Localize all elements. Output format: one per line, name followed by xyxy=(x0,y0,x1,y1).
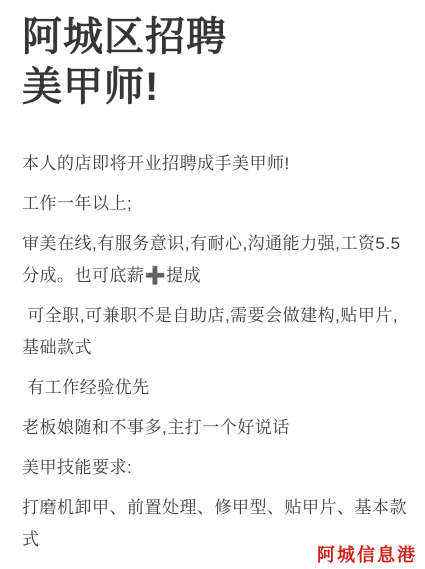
body-paragraph-fulltime-parttime: 可全职,可兼职不是自助店,需要会做建构,贴甲片,基础款式 xyxy=(22,300,407,364)
body-paragraph-boss: 老板娘随和不事多,主打一个好说话 xyxy=(22,412,407,444)
body-paragraph-experience-years: 工作一年以上; xyxy=(22,188,407,220)
title-line-1: 阿城区招聘 xyxy=(22,12,405,62)
title-line-2: 美甲师! xyxy=(22,62,405,112)
body-paragraph-skills-heading: 美甲技能要求: xyxy=(22,452,407,484)
page-title: 阿城区招聘 美甲师! xyxy=(0,0,425,112)
body-paragraph-experience-preferred: 有工作经验优先 xyxy=(22,372,407,404)
job-description: 本人的店即将开业招聘成手美甲师! 工作一年以上; 审美在线,有服务意识,有耐心,… xyxy=(0,112,425,556)
body-paragraph-intro: 本人的店即将开业招聘成手美甲师! xyxy=(22,148,407,180)
brand-watermark: 阿城信息港 xyxy=(317,545,417,565)
job-post-page: 阿城区招聘 美甲师! 本人的店即将开业招聘成手美甲师! 工作一年以上; 审美在线… xyxy=(0,0,425,569)
body-paragraph-salary: 审美在线,有服务意识,有耐心,沟通能力强,工资5.5分成。也可底薪➕提成 xyxy=(22,228,407,292)
